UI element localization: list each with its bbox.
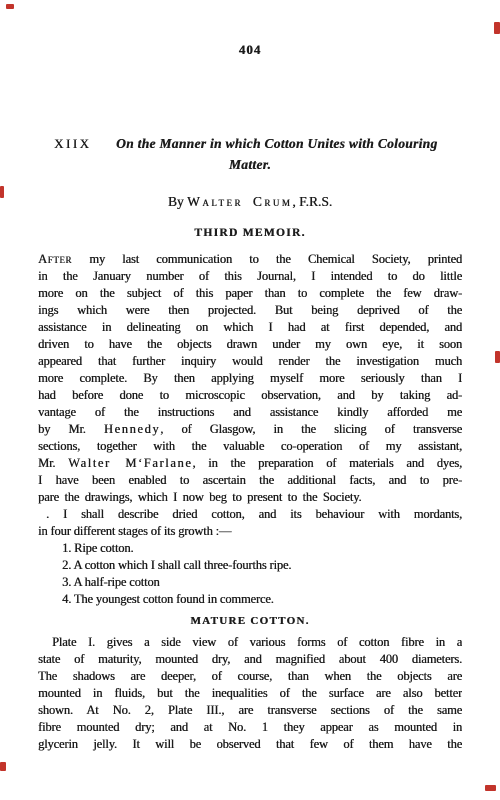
byline: By Walter Crum, F.R.S. [38,194,462,210]
text-line: After my last communication to the Chemi… [38,251,462,268]
text-fragment: my last communication to the Chemical So… [89,252,462,266]
text-line: more complete. By then applying myself m… [38,370,462,387]
text-line: state of maturity, mounted dry, and magn… [38,651,462,668]
page-number: 404 [0,42,500,58]
text-line: pare the drawings, which I now beg to pr… [38,489,462,506]
red-scan-mark-left-edge [0,186,4,198]
red-scan-mark-bottom-left [0,762,6,771]
lead-word: After [38,252,72,266]
text-line: shown. At No. 2, Plate III., are transve… [38,702,462,719]
person-name: Walter M‘Farlane [68,456,192,470]
article-title-line2: Matter. [38,154,462,175]
text-line: fibre mounted dry; and at No. 1 they app… [38,719,462,736]
text-line: assistance in delineating on which I had… [38,319,462,336]
article-title-row: XIIX On the Manner in which Cotton Unite… [38,133,462,154]
article-numeral: XIIX [54,133,91,154]
text-fragment: Mr. [38,456,68,470]
text-line: by Mr. Hennedy, of Glasgow, in the slici… [38,421,462,438]
text-fragment: , of Glasgow, in the slicing of transver… [160,422,462,436]
red-scan-mark-top-left [6,4,14,9]
text-line: . I shall describe dried cotton, and its… [38,506,462,523]
scanned-page: 404 XIIX On the Manner in which Cotton U… [0,0,500,800]
red-scan-mark-right-top [494,22,500,34]
article-heading: XIIX On the Manner in which Cotton Unite… [38,133,462,175]
text-line: more on the subject of this paper than t… [38,285,462,302]
byline-prefix: By [168,194,187,209]
text-line: The shadows are deeper, of course, than … [38,668,462,685]
list-item: 1. Ripe cotton. [62,540,462,557]
text-line: I have been enabled to ascertain the add… [38,472,462,489]
text-line: had before done to microscopic observati… [38,387,462,404]
text-line: sections, together with the valuable co-… [38,438,462,455]
text-line: in four different stages of its growth :… [38,523,462,540]
person-name: Hennedy [104,422,160,436]
red-scan-mark-bottom-right [485,785,496,791]
text-line: appeared that further inquiry would rend… [38,353,462,370]
section-heading: MATURE COTTON. [38,613,462,630]
text-fragment: by Mr. [38,422,104,436]
article-title-line1: On the Manner in which Cotton Unites wit… [91,133,462,154]
text-line: Plate I. gives a side view of various fo… [38,634,462,651]
text-line: vantage of the instructions and assistan… [38,404,462,421]
text-line: driven to have the objects drawn under m… [38,336,462,353]
text-fragment: , in the preparation of materials and dy… [192,456,462,470]
memoir-heading: THIRD MEMOIR. [38,227,462,239]
text-line: glycerin jelly. It will be observed that… [38,736,462,753]
text-line: ings which were then projected. But bein… [38,302,462,319]
byline-suffix: , F.R.S. [292,194,332,209]
list-item: 4. The youngest cotton found in commerce… [62,591,462,608]
red-scan-mark-right-middle [495,351,500,363]
text-line: mounted in fluids, but the inequalities … [38,685,462,702]
list-item: 3. A half-ripe cotton [62,574,462,591]
body-text: After my last communication to the Chemi… [38,251,462,753]
text-line: in the January number of this Journal, I… [38,268,462,285]
text-line: Mr. Walter M‘Farlane, in the preparation… [38,455,462,472]
list-item: 2. A cotton which I shall call three-fou… [62,557,462,574]
author-name: Walter Crum [187,194,292,209]
